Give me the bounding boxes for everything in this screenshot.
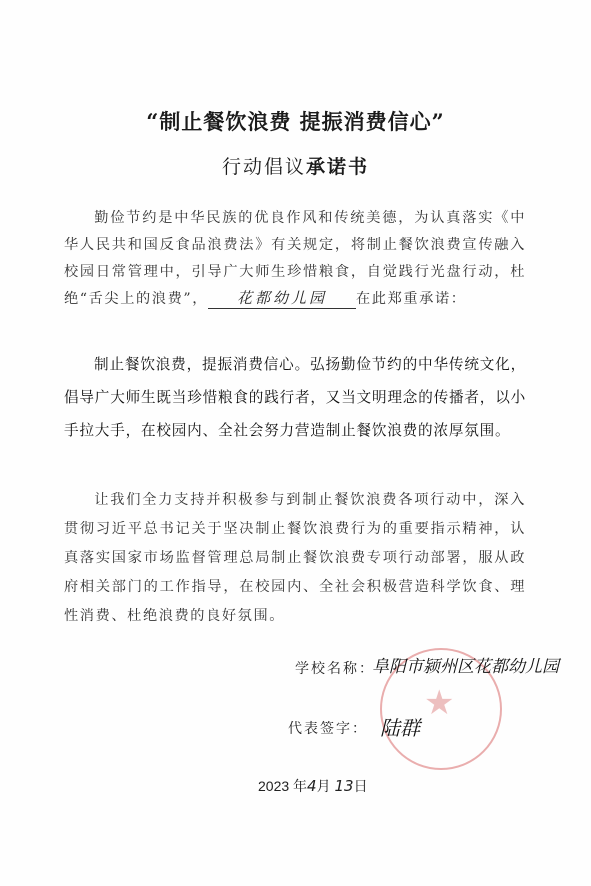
document-subtitle: 行动倡议承诺书 <box>0 152 591 179</box>
paragraph-intro: 勤俭节约是中华民族的优良作风和传统美德，为认真落实《中华人民共和国反食品浪费法》… <box>64 205 526 313</box>
subtitle-bold: 承诺书 <box>306 156 369 178</box>
date-month: 4 <box>307 777 317 795</box>
intro-text-end: 在此郑重承诺： <box>356 291 467 307</box>
paragraph-action: 让我们全力支持并积极参与到制止餐饮浪费各项行动中，深入贯彻习近平总书记关于坚决制… <box>64 486 526 631</box>
subtitle-regular: 行动倡议 <box>222 156 306 178</box>
date-month-unit: 月 <box>317 778 331 794</box>
commitment-text: 制止餐饮浪费，提振消费信心。弘扬勤俭节约的中华传统文化，倡导广大师生既当珍惜粮食… <box>64 356 526 439</box>
paragraph-commitment: 制止餐饮浪费，提振消费信心。弘扬勤俭节约的中华传统文化，倡导广大师生既当珍惜粮食… <box>64 348 526 447</box>
date-day-unit: 日 <box>354 778 368 794</box>
date-year: 2023 年 <box>258 778 307 794</box>
date-day: 13 <box>334 777 353 795</box>
representative-signature-label: 代表签字： <box>288 718 368 738</box>
school-name-handwritten: 阜阳市颍州区花都幼儿园 <box>372 652 559 677</box>
representative-signature: 陆群 <box>380 712 420 741</box>
handwritten-school-blank: 花都幼儿园 <box>208 288 356 309</box>
document-page: “制止餐饮浪费 提振消费信心” 行动倡议承诺书 勤俭节约是中华民族的优良作风和传… <box>0 0 591 886</box>
signing-date: 2023 年4月 13日 <box>258 776 368 796</box>
action-text: 让我们全力支持并积极参与到制止餐饮浪费各项行动中，深入贯彻习近平总书记关于坚决制… <box>64 492 526 624</box>
seal-star-icon: ★ <box>424 686 454 720</box>
document-title: “制止餐饮浪费 提振消费信心” <box>0 106 591 136</box>
school-name-label: 学校名称： <box>295 658 375 678</box>
